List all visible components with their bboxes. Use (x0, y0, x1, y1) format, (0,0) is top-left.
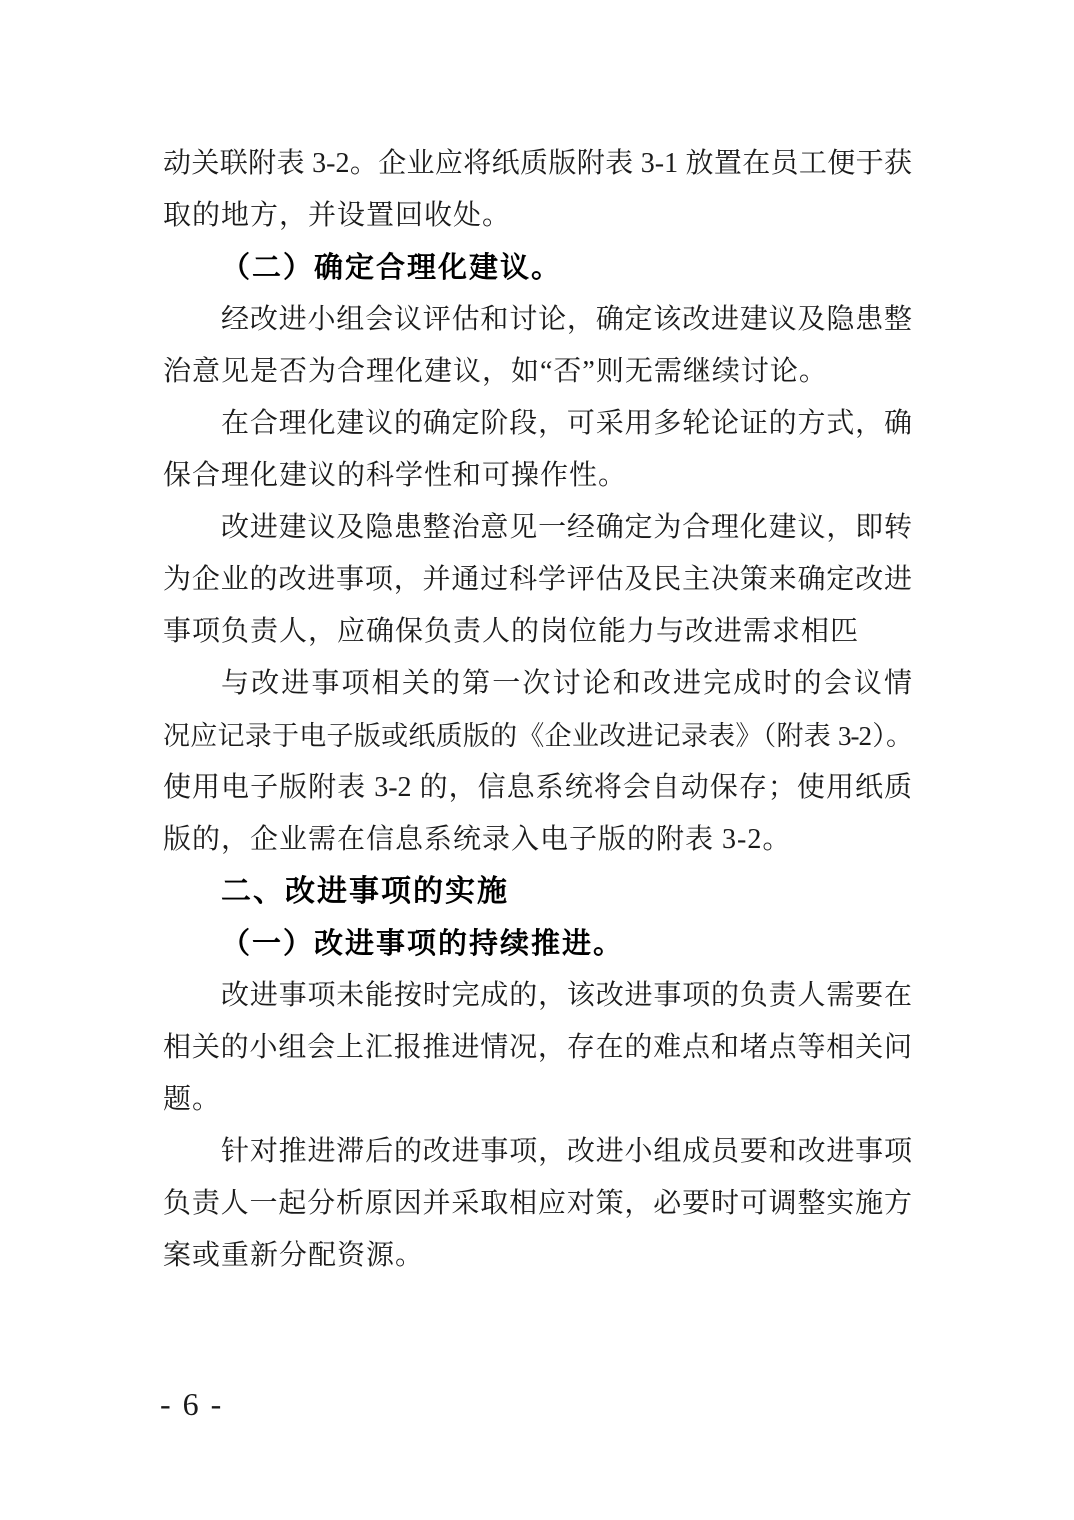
text-line: 题。 (163, 1074, 912, 1126)
sub-heading: （一）改进事项的持续推进。 (163, 918, 912, 970)
text-line: 经改进小组会议评估和讨论，确定该改进建议及隐患整 (163, 294, 912, 346)
text-line: 案或重新分配资源。 (163, 1230, 912, 1282)
text-line: 事项负责人，应确保负责人的岗位能力与改进需求相匹配。 (163, 606, 912, 658)
text-line: 保合理化建议的科学性和可操作性。 (163, 450, 912, 502)
text-line: 相关的小组会上汇报推进情况，存在的难点和堵点等相关问 (163, 1022, 912, 1074)
section-heading: 二、改进事项的实施 (163, 866, 912, 918)
text-line: 使用电子版附表 3-2 的，信息系统将会自动保存；使用纸质 (163, 762, 912, 814)
text-line: 治意见是否为合理化建议，如“否”则无需继续讨论。 (163, 346, 912, 398)
text-line: 与改进事项相关的第一次讨论和改进完成时的会议情 (163, 658, 912, 710)
text-line: 为企业的改进事项，并通过科学评估及民主决策来确定改进 (163, 554, 912, 606)
text-line: 况应记录于电子版或纸质版的《企业改进记录表》（附表 3-2）。 (163, 710, 912, 762)
text-line: 版的，企业需在信息系统录入电子版的附表 3-2。 (163, 814, 912, 866)
text-line: 针对推进滞后的改进事项，改进小组成员要和改进事项 (163, 1126, 912, 1178)
sub-heading: （二）确定合理化建议。 (163, 242, 912, 294)
text-line: 负责人一起分析原因并采取相应对策，必要时可调整实施方 (163, 1178, 912, 1230)
page-number: - 6 - (160, 1384, 223, 1424)
text-line: 在合理化建议的确定阶段，可采用多轮论证的方式，确 (163, 398, 912, 450)
text-line: 取的地方，并设置回收处。 (163, 190, 912, 242)
text-line: 改进事项未能按时完成的，该改进事项的负责人需要在 (163, 970, 912, 1022)
document-body: 动关联附表 3-2。企业应将纸质版附表 3-1 放置在员工便于获 取的地方，并设… (163, 138, 912, 1282)
text-line: 动关联附表 3-2。企业应将纸质版附表 3-1 放置在员工便于获 (163, 138, 912, 190)
text-line: 改进建议及隐患整治意见一经确定为合理化建议，即转 (163, 502, 912, 554)
document-page: 动关联附表 3-2。企业应将纸质版附表 3-1 放置在员工便于获 取的地方，并设… (0, 0, 1074, 1520)
